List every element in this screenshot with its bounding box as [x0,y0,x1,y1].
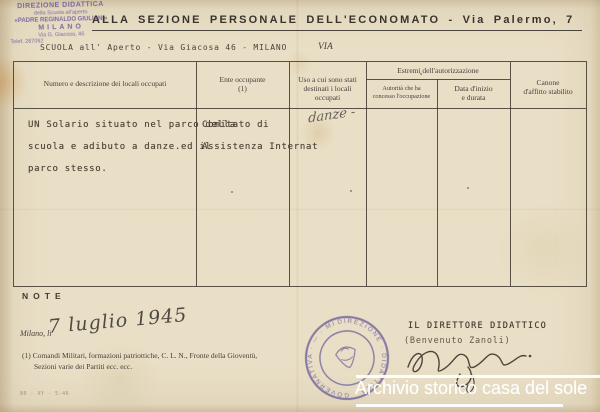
note-label: NOTE [22,291,66,301]
column-header-data-line1: Data d'inizio [439,84,508,93]
footnote-line2: Sezioni varie dei Partiti ecc. ecc. [22,361,257,372]
column-header-autorita-line1: Autorità che ha [368,85,435,93]
cell-locali-line1: UN Solario situato nel parco della [28,114,196,136]
table-column-line [196,62,197,286]
column-header-data: Data d'inizio e durata [439,84,508,102]
column-header-ente-ref: (1) [200,84,285,93]
footnote: (1) Comandi Militari, formazioni patriot… [22,350,257,372]
column-header-estremi-group: Estremi dell'autorizzazione [366,66,510,75]
scanned-document: DIREZIONE DIDATTICA della Scuola all'ape… [0,0,600,412]
director-title: IL DIRETTORE DIDATTICO [408,321,547,331]
via-label: VIA [318,42,333,52]
column-header-ente: Ente occupante (1) [200,75,285,93]
column-header-uso: Uso a cui sono stati destinati i locali … [291,75,364,102]
table-subcolumn-line [437,79,438,286]
table-column-line [289,62,290,286]
dateline-place: Milano, li [20,329,52,338]
column-header-canone: Canone d'affitto stabilito [512,78,584,96]
column-header-autorita-line2: concesso l'occupazione [368,93,435,101]
table-column-line [366,62,367,286]
group-header-underline [366,79,510,80]
column-header-data-line2: e durata [439,93,508,102]
cell-locali-occupati: UN Solario situato nel parco della scuol… [28,114,196,180]
table-column-line [510,62,511,286]
handwritten-date: 7 luglio 1945 [47,304,188,338]
column-header-canone-line2: d'affitto stabilito [512,87,584,96]
school-address-line: SCUOLA all' Aperto - Via Giacosa 46 - MI… [40,43,287,52]
table-header-separator [14,108,586,109]
column-header-uso-line1: Uso a cui sono stati [291,75,364,84]
column-header-ente-label: Ente occupante [200,75,285,84]
cell-locali-line3: parco stesso. [28,158,196,180]
printer-code: 80 - XY - 5-46 [20,391,69,397]
watermark-rule-bottom [356,404,563,407]
footnote-line1: (1) Comandi Militari, formazioni patriot… [22,350,257,361]
column-header-autorita: Autorità che ha concesso l'occupazione [368,85,435,101]
cell-locali-line2: scuola e adibuto a danze.ed il [28,136,196,158]
cell-ente-line2: Assistenza Internat [202,136,327,158]
form-table: Numero e descrizione dei locali occupati… [13,61,587,287]
column-header-uso-line2: destinati i locali occupati [291,84,364,102]
document-title: ALLA SEZIONE PERSONALE DELL'ECONOMATO - … [92,14,582,31]
column-header-canone-line1: Canone [512,78,584,87]
archive-watermark: Archivio storico casa del sole [355,378,600,399]
column-header-locali: Numero e descrizione dei locali occupati [22,79,188,88]
